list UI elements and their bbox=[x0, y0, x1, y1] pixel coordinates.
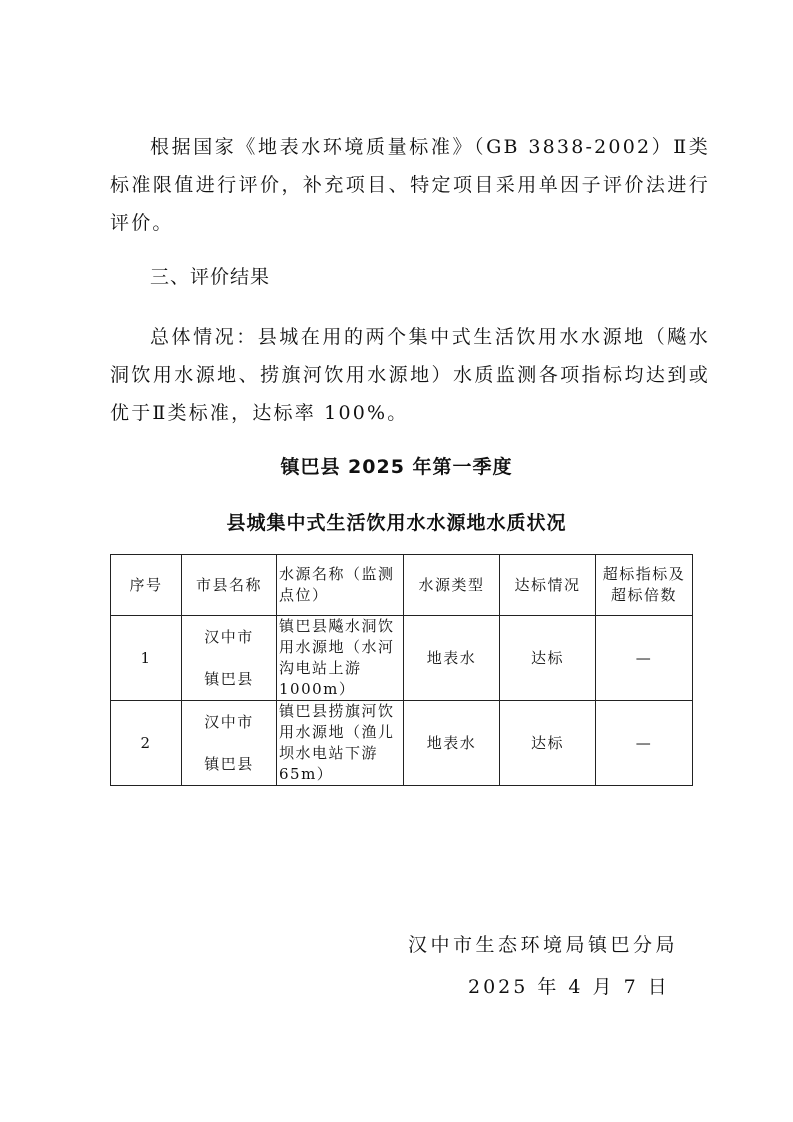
header-source-name: 水源名称（监测点位） bbox=[277, 555, 404, 616]
issuing-agency-signature: 汉中市生态环境局镇巴分局 bbox=[408, 930, 678, 957]
table-row: 1 汉中市 镇巴县 镇巴县飚水洞饮用水源地（水河沟电站上游 1000m） 地表水… bbox=[111, 616, 693, 701]
cell-city-county: 汉中市 镇巴县 bbox=[182, 701, 277, 786]
table-header-row: 序号 市县名称 水源名称（监测点位） 水源类型 达标情况 超标指标及超标倍数 bbox=[111, 555, 693, 616]
cell-compliance: 达标 bbox=[500, 701, 596, 786]
header-compliance: 达标情况 bbox=[500, 555, 596, 616]
cell-compliance: 达标 bbox=[500, 616, 596, 701]
header-city-county: 市县名称 bbox=[182, 555, 277, 616]
header-exceedance: 超标指标及超标倍数 bbox=[596, 555, 693, 616]
header-index: 序号 bbox=[111, 555, 182, 616]
table-title-line-2: 县城集中式生活饮用水水源地水质状况 bbox=[0, 508, 793, 535]
cell-source-name: 镇巴县飚水洞饮用水源地（水河沟电站上游 1000m） bbox=[277, 616, 404, 701]
cell-exceedance: — bbox=[596, 616, 693, 701]
header-source-type: 水源类型 bbox=[404, 555, 500, 616]
cell-city-county: 汉中市 镇巴县 bbox=[182, 616, 277, 701]
water-quality-table: 序号 市县名称 水源名称（监测点位） 水源类型 达标情况 超标指标及超标倍数 1… bbox=[110, 554, 693, 786]
cell-county: 镇巴县 bbox=[184, 658, 274, 700]
cell-exceedance: — bbox=[596, 701, 693, 786]
cell-city: 汉中市 bbox=[184, 616, 274, 658]
overall-status-paragraph: 总体情况：县城在用的两个集中式生活饮用水水源地（飚水洞饮用水源地、捞旗河饮用水源… bbox=[110, 318, 710, 432]
table-title-line-1: 镇巴县 2025 年第一季度 bbox=[0, 452, 793, 479]
cell-source-type: 地表水 bbox=[404, 616, 500, 701]
issue-date: 2025 年 4 月 7 日 bbox=[468, 972, 670, 999]
cell-county: 镇巴县 bbox=[184, 743, 274, 785]
evaluation-standard-paragraph: 根据国家《地表水环境质量标准》（GB 3838-2002）Ⅱ类标准限值进行评价，… bbox=[110, 128, 710, 242]
table-row: 2 汉中市 镇巴县 镇巴县捞旗河饮用水源地（渔儿坝水电站下游 65m） 地表水 … bbox=[111, 701, 693, 786]
cell-city: 汉中市 bbox=[184, 701, 274, 743]
cell-index: 2 bbox=[111, 701, 182, 786]
section-heading-results: 三、评价结果 bbox=[150, 262, 270, 289]
cell-index: 1 bbox=[111, 616, 182, 701]
cell-source-name: 镇巴县捞旗河饮用水源地（渔儿坝水电站下游 65m） bbox=[277, 701, 404, 786]
cell-source-type: 地表水 bbox=[404, 701, 500, 786]
